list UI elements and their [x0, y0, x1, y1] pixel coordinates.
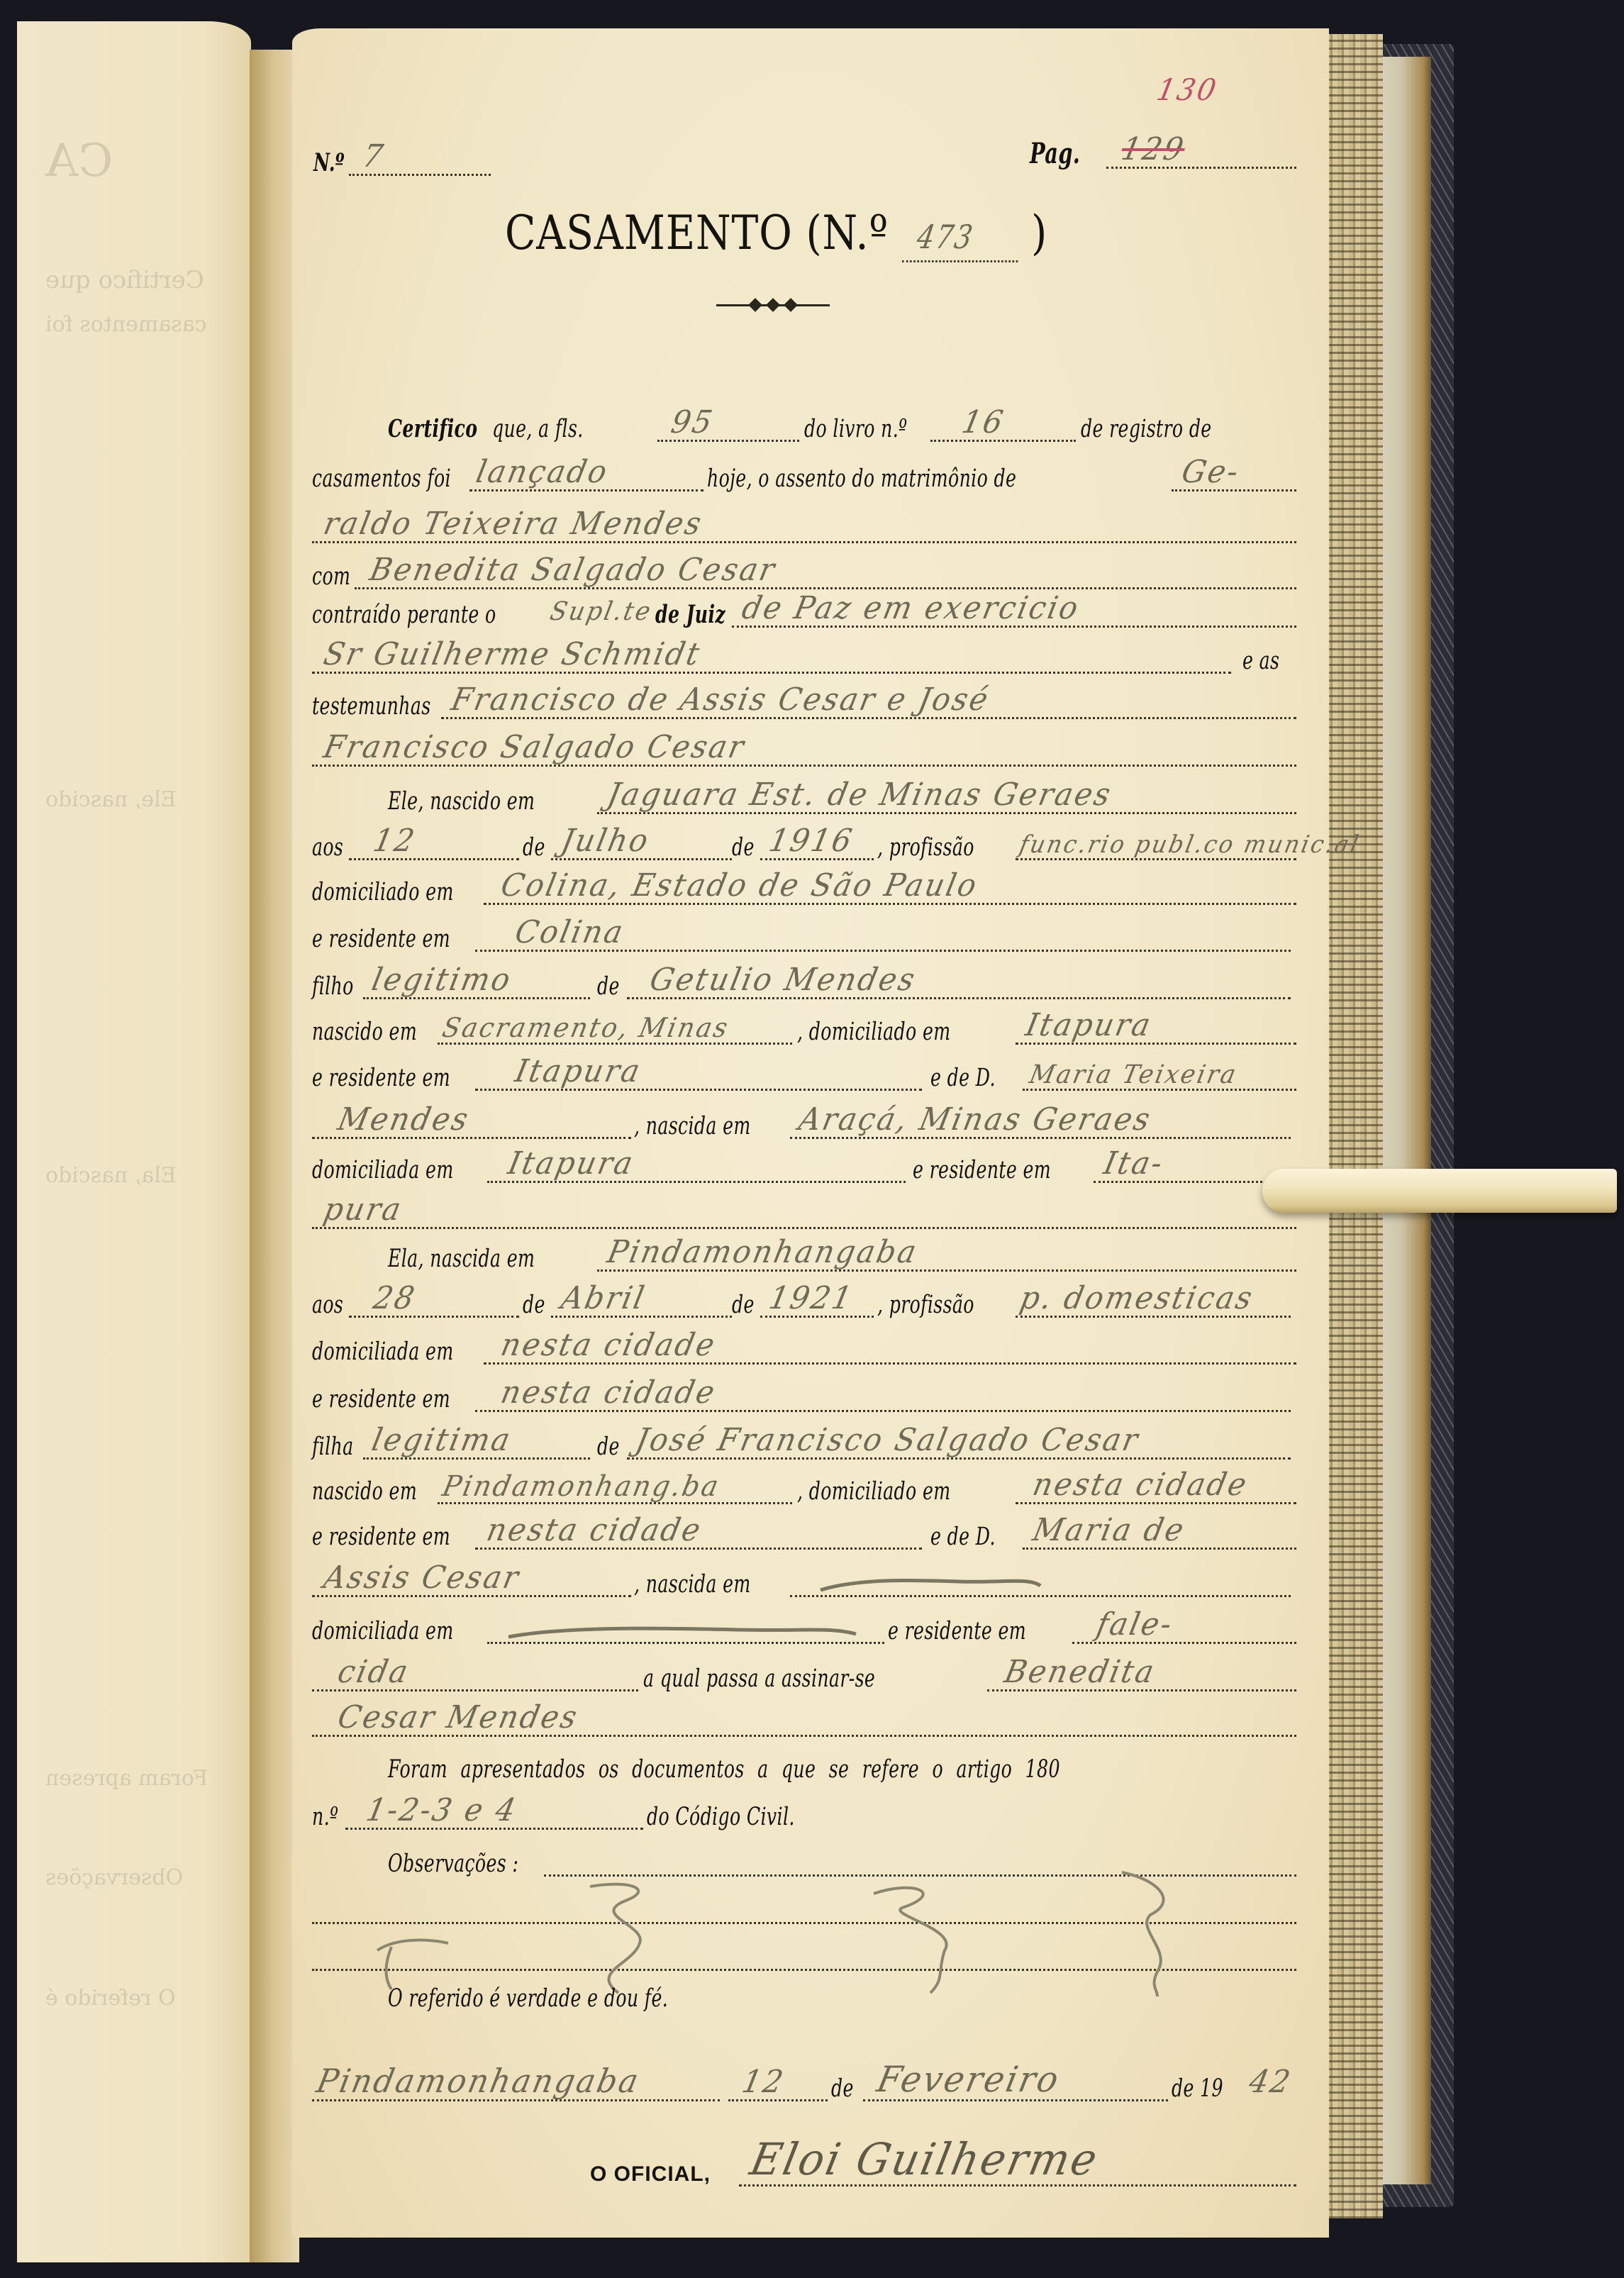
- mother-domiciliada-line: domiciliada em Itapura e residente em It…: [292, 1142, 1329, 1191]
- page-value-struck: 129: [1118, 131, 1189, 167]
- page-title: CASAMENTO (N.º 473 ): [505, 206, 1047, 262]
- bride-profession: p. domesticas: [1017, 1280, 1257, 1316]
- marriage-number: 473: [914, 218, 977, 256]
- ele-residente-line: e residente em Colina: [292, 911, 1329, 960]
- certifico-line: Certifico que, a fls. 95 do livro n.º 16…: [292, 401, 1329, 450]
- groom-birthplace: Jaguara Est. de Minas Geraes: [604, 777, 1116, 813]
- bride-new-name-part2: Cesar Mendes: [335, 1699, 582, 1735]
- groom-birth-day: 12: [370, 823, 419, 859]
- groom-filiation: legitimo: [369, 962, 515, 998]
- ghost-line: Certifico que: [45, 266, 204, 294]
- groom-mother-domicile: Itapura: [505, 1145, 638, 1182]
- bride-birthplace: Pindamonhangaba: [604, 1234, 921, 1270]
- witnesses-line2: Francisco Salgado Cesar: [321, 729, 749, 765]
- perante-line: contraído perante o Supl.te de Juiz de P…: [292, 587, 1329, 636]
- page-label: Pag.: [1030, 137, 1080, 170]
- bride-father-birthplace: Pindamonhang.ba: [440, 1470, 723, 1503]
- bride-father-residente-line: e residente em nesta cidade e de D. Mari…: [292, 1509, 1329, 1558]
- filha-line: filha legitima de José Francisco Salgado…: [292, 1418, 1329, 1468]
- book-number: 16: [959, 404, 1008, 440]
- ela-residente-line: e residente em nesta cidade: [292, 1371, 1329, 1421]
- oficial-line: O OFICIAL, Eloi Guilherme: [292, 2145, 1329, 2195]
- casamentos-line: casamentos foi lançado hoje, o assento d…: [292, 450, 1329, 500]
- documentos-line: Foram apresentados os documentos a que s…: [292, 1741, 1329, 1791]
- bride-domicile: nesta cidade: [498, 1327, 720, 1363]
- officiant-title: de Paz em exercicio: [739, 590, 1083, 626]
- bride-mother-domiciliada-line: domiciliada em e residente em fale-: [292, 1603, 1329, 1652]
- groom-line: raldo Teixeira Mendes: [292, 502, 1329, 552]
- bride-mother-part1: Maria de: [1030, 1512, 1189, 1548]
- bride-residence: nesta cidade: [498, 1374, 720, 1411]
- ghost-line: O referido é: [45, 1986, 176, 2011]
- official-signature: Eloi Guilherme: [746, 2133, 1103, 2185]
- officiant-line: Sr Guilherme Schmidt e as: [292, 633, 1329, 682]
- bride-name: Benedita Salgado Cesar: [367, 552, 779, 588]
- ghost-line: Observações: [45, 1865, 183, 1890]
- header-page-line: Pag. 129: [292, 128, 1329, 177]
- blank-dash-mark: [817, 1574, 1044, 1596]
- title-ornament: [716, 299, 830, 311]
- bride-birth-year: 1921: [766, 1280, 857, 1316]
- groom-profession: func.rio publ.co munic.al: [1017, 830, 1363, 859]
- ghost-title: CA: [45, 135, 113, 187]
- date-day: 12: [739, 2064, 788, 2100]
- bookmark-stick: [1262, 1169, 1617, 1213]
- ela-aos-line: aos 28 de Abril de 1921 , profissão p. d…: [292, 1277, 1329, 1326]
- blank-dash-mark: [505, 1621, 860, 1643]
- date-year-suffix: 42: [1246, 2064, 1295, 2100]
- ele-aos-line: aos 12 de Julho de 1916 , profissão func…: [292, 819, 1329, 869]
- supl-prefix: Supl.te: [547, 597, 655, 626]
- lancado-value: lançado: [473, 454, 612, 490]
- ele-line: Ele, nascido em Jaguara Est. de Minas Ge…: [292, 773, 1329, 823]
- groom-name-part1: Ge-: [1179, 454, 1243, 490]
- groom-domicile: Colina, Estado de São Paulo: [498, 867, 981, 904]
- bride-mother-residence-part2: cida: [335, 1654, 413, 1690]
- documentos-numbers-line: n.º 1-2-3 e 4 do Código Civil.: [292, 1789, 1329, 1838]
- bride-mother-residence-part1: fale-: [1094, 1606, 1177, 1643]
- groom-father-birthplace: Sacramento, Minas: [440, 1012, 732, 1043]
- groom-mother-residence-part1: Ita-: [1101, 1145, 1167, 1182]
- document-numbers: 1-2-3 e 4: [363, 1792, 521, 1828]
- page-value-corrected: 130: [1154, 72, 1221, 107]
- bride-father-domicile: nesta cidade: [1030, 1467, 1252, 1503]
- ele-domiciliado-line: domiciliado em Colina, Estado de São Pau…: [292, 864, 1329, 913]
- groom-father-domicile: Itapura: [1023, 1007, 1155, 1043]
- date-city: Pindamonhangaba: [313, 2062, 644, 2100]
- ela-domiciliada-line: domiciliada em nesta cidade: [292, 1323, 1329, 1373]
- folio-number: 95: [668, 404, 717, 440]
- groom-mother-birthplace: Araçá, Minas Geraes: [796, 1101, 1155, 1138]
- assinar-line: cida a qual passa a assinar-se Benedita: [292, 1650, 1329, 1700]
- date-month: Fevereiro: [874, 2059, 1064, 2100]
- new-name-cont-line: Cesar Mendes: [292, 1696, 1329, 1745]
- groom-birth-month: Julho: [558, 823, 653, 859]
- groom-residence: Colina: [512, 914, 628, 950]
- groom-mother-part2: Mendes: [335, 1101, 473, 1138]
- ghost-line: Foram apresen: [45, 1766, 208, 1791]
- closing-line: O referido é verdade e dou fé.: [292, 1970, 1329, 2020]
- bride-mother-nascida-line: Assis Cesar , nascida em: [292, 1556, 1329, 1606]
- bride-birth-month: Abril: [558, 1280, 649, 1316]
- groom-father: Getulio Mendes: [647, 962, 920, 998]
- testemunhas-line2: Francisco Salgado Cesar: [292, 726, 1329, 775]
- bride-father: José Francisco Salgado Cesar: [633, 1422, 1142, 1458]
- book-endpaper-strip: [1381, 57, 1431, 2184]
- witnesses-line1: Francisco de Assis Cesar e José: [448, 682, 993, 718]
- groom-name-part2: raldo Teixeira Mendes: [321, 506, 706, 542]
- mother-nascida-line: Mendes , nascida em Araçá, Minas Geraes: [292, 1098, 1329, 1148]
- ghost-line: casamentos foi: [45, 312, 206, 337]
- groom-mother-part1: Maria Teixeira: [1027, 1060, 1240, 1089]
- bride-father-residence: nesta cidade: [484, 1512, 706, 1548]
- ghost-line: Ela, nascido: [45, 1163, 177, 1188]
- bride-mother-part2: Assis Cesar: [321, 1560, 523, 1596]
- father-residente-line: e residente em Itapura e de D. Maria Tei…: [292, 1050, 1329, 1099]
- title-label: CASAMENTO (N.º: [505, 206, 889, 260]
- filho-line: filho legitimo de Getulio Mendes: [292, 958, 1329, 1008]
- officiant-name: Sr Guilherme Schmidt: [321, 636, 704, 672]
- father-nascido-line: nascido em Sacramento, Minas , domicilia…: [292, 1004, 1329, 1053]
- groom-father-residence: Itapura: [512, 1053, 645, 1089]
- left-facing-page: CA Certifico que casamentos foi Ele, nas…: [17, 21, 251, 2262]
- groom-birth-year: 1916: [766, 823, 857, 859]
- ghost-line: Ele, nascido: [45, 787, 177, 812]
- bride-birth-day: 28: [370, 1280, 419, 1316]
- binding-stitching: [1326, 34, 1383, 2218]
- bride-new-name-part1: Benedita: [1001, 1654, 1159, 1690]
- testemunhas-line: testemunhas Francisco de Assis Cesar e J…: [292, 678, 1329, 728]
- bride-father-nascido-line: nascido em Pindamonhang.ba , domiciliado…: [292, 1463, 1329, 1513]
- register-page: N.º 7 Pag. 129 130 CASAMENTO (N.º 473 ) …: [292, 28, 1329, 2238]
- ela-line: Ela, nascida em Pindamonhangaba: [292, 1230, 1329, 1280]
- date-line: Pindamonhangaba 12 de Fevereiro de 19 42: [292, 2060, 1329, 2110]
- oficial-label: O OFICIAL,: [590, 2162, 711, 2187]
- groom-mother-residence-part2: pura: [321, 1191, 406, 1228]
- bride-filiation: legitima: [369, 1422, 515, 1458]
